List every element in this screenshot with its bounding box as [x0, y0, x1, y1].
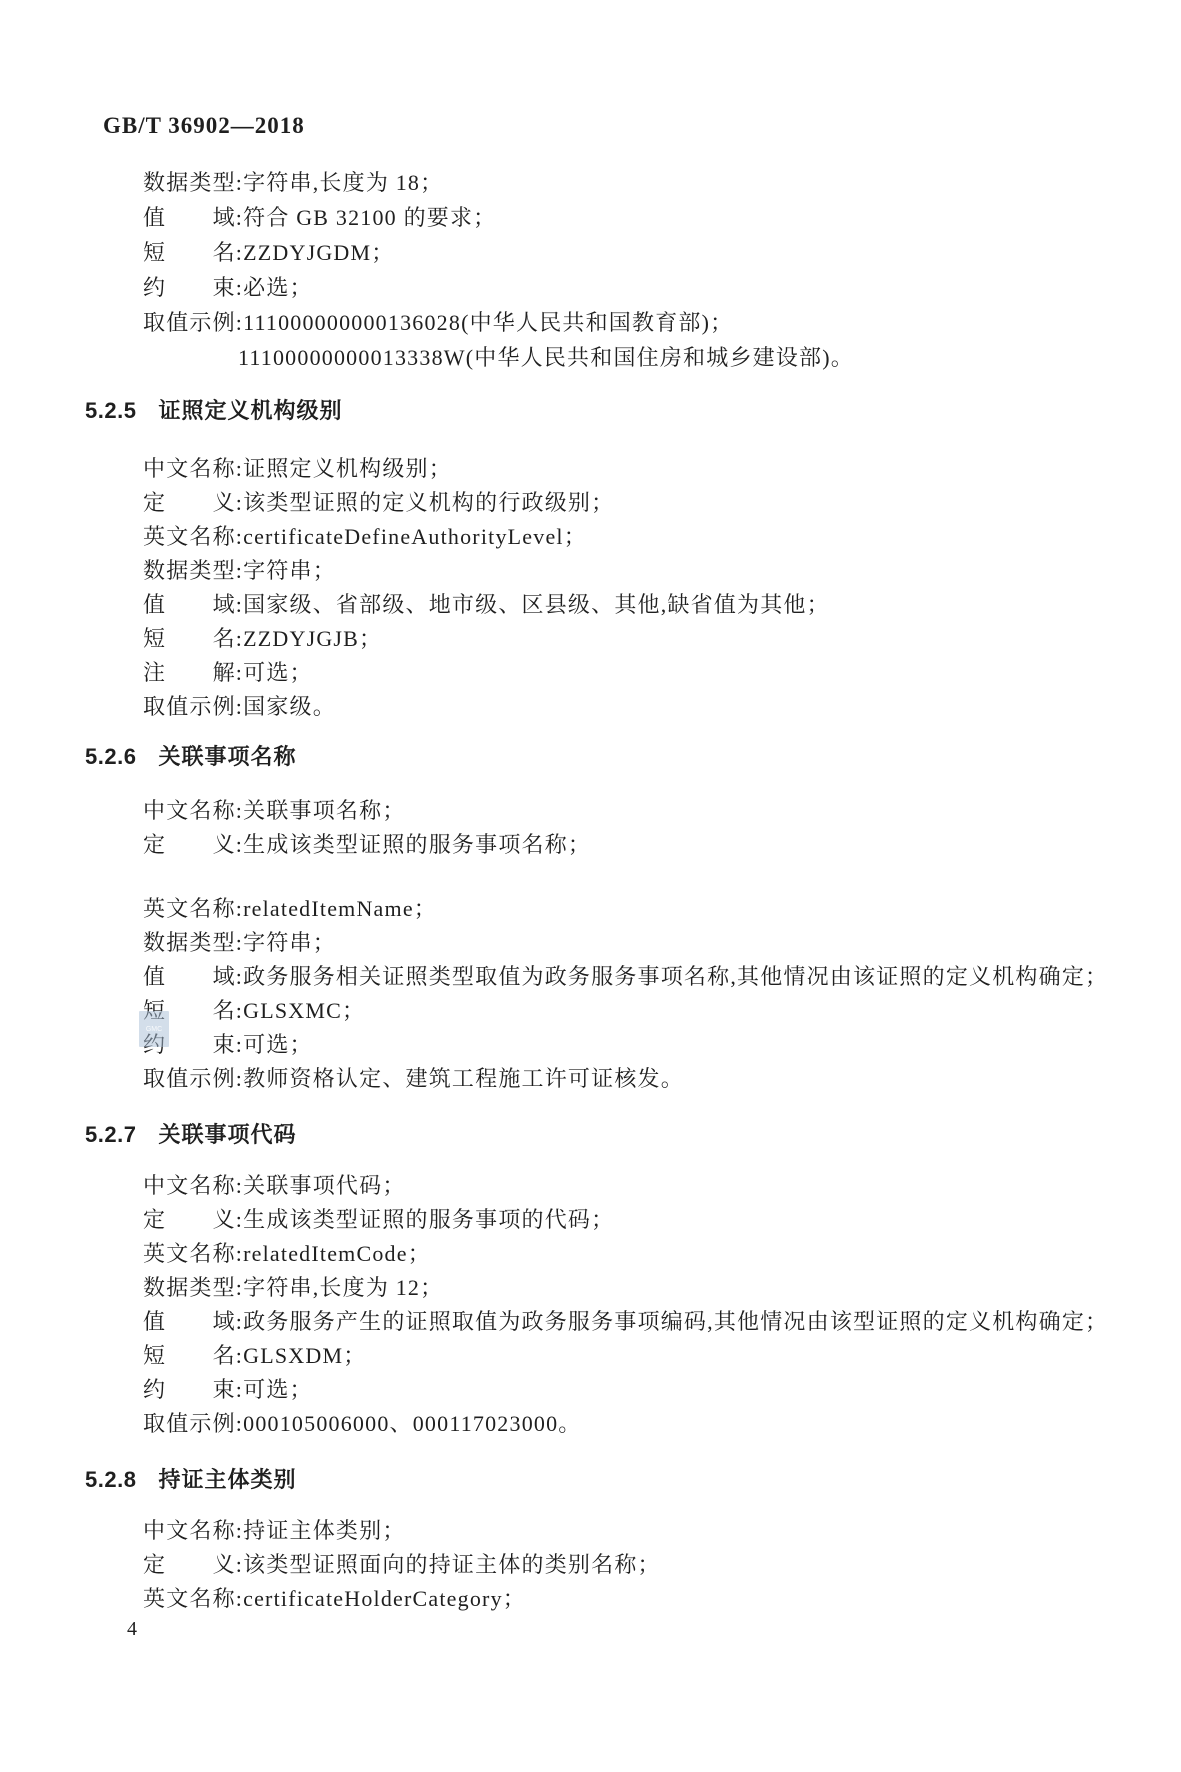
- section-number: 5.2.7: [85, 1122, 136, 1147]
- section-heading: 5.2.5证照定义机构级别: [85, 398, 342, 424]
- section-title: 持证主体类别: [158, 1467, 296, 1492]
- field-line: 取值示例:111000000000136028(中华人民共和国教育部)；: [143, 305, 854, 340]
- field-line: 值 域:国家级、省部级、地市级、区县级、其他,缺省值为其他；: [143, 588, 830, 622]
- field-line: 中文名称:持证主体类别；: [143, 1514, 661, 1548]
- field-line: 取值示例:国家级。: [143, 690, 830, 724]
- field-line: 英文名称:certificateHolderCategory；: [143, 1582, 661, 1616]
- section-body: 英文名称:relatedItemName； 数据类型:字符串； 值 域:政务服务…: [143, 892, 1108, 1096]
- field-line: 短 名:GLSXDM；: [143, 1339, 1108, 1373]
- field-line: 短 名:ZZDYJGDM；: [143, 235, 854, 270]
- section-number: 5.2.8: [85, 1467, 136, 1492]
- field-line: 英文名称:certificateDefineAuthorityLevel；: [143, 520, 830, 554]
- field-line: 英文名称:relatedItemName；: [143, 892, 1108, 926]
- field-line: 中文名称:关联事项代码；: [143, 1169, 1108, 1203]
- field-line: 中文名称:证照定义机构级别；: [143, 452, 830, 486]
- section-heading: 5.2.7关联事项代码: [85, 1122, 296, 1148]
- document-page: GB/T 36902—2018 数据类型:字符串,长度为 18； 值 域:符合 …: [0, 0, 1181, 1772]
- section-title: 关联事项代码: [158, 1122, 296, 1147]
- field-line: 值 域:政务服务产生的证照取值为政务服务事项编码,其他情况由该型证照的定义机构确…: [143, 1305, 1108, 1339]
- field-line: 数据类型:字符串；: [143, 926, 1108, 960]
- field-line: 注 解:可选；: [143, 656, 830, 690]
- field-line: 数据类型:字符串；: [143, 554, 830, 588]
- section-heading: 5.2.6关联事项名称: [85, 744, 296, 770]
- page-number: 4: [127, 1616, 137, 1642]
- field-line: 定 义:该类型证照的定义机构的行政级别；: [143, 486, 830, 520]
- field-line: 定 义:该类型证照面向的持证主体的类别名称；: [143, 1548, 661, 1582]
- field-line: 约 束:必选；: [143, 270, 854, 305]
- section-title: 关联事项名称: [158, 744, 296, 769]
- section-body: 中文名称:证照定义机构级别； 定 义:该类型证照的定义机构的行政级别； 英文名称…: [143, 452, 830, 724]
- section-number: 5.2.5: [85, 398, 136, 423]
- field-line-continuation: 11100000000013338W(中华人民共和国住房和城乡建设部)。: [143, 340, 854, 375]
- field-line: 短 名:GLSXMC；: [143, 994, 1108, 1028]
- field-line: 短 名:ZZDYJGJB；: [143, 622, 830, 656]
- field-line: 取值示例:000105006000、000117023000。: [143, 1407, 1108, 1441]
- standard-number: GB/T 36902—2018: [103, 112, 305, 140]
- selection-artifact: GMC: [139, 1011, 169, 1047]
- field-line: 数据类型:字符串,长度为 12；: [143, 1271, 1108, 1305]
- field-line: 值 域:政务服务相关证照类型取值为政务服务事项名称,其他情况由该证照的定义机构确…: [143, 960, 1108, 994]
- field-line: 取值示例:教师资格认定、建筑工程施工许可证核发。: [143, 1062, 1108, 1096]
- field-line: 定 义:生成该类型证照的服务事项的代码；: [143, 1203, 1108, 1237]
- field-line: 约 束:可选；: [143, 1373, 1108, 1407]
- section-body: 中文名称:关联事项名称； 定 义:生成该类型证照的服务事项名称；: [143, 794, 591, 862]
- field-line: 英文名称:relatedItemCode；: [143, 1237, 1108, 1271]
- section-number: 5.2.6: [85, 744, 136, 769]
- section-heading: 5.2.8持证主体类别: [85, 1467, 296, 1493]
- section-body: 中文名称:持证主体类别； 定 义:该类型证照面向的持证主体的类别名称； 英文名称…: [143, 1514, 661, 1616]
- section-title: 证照定义机构级别: [158, 398, 342, 423]
- clause-continuation-block: 数据类型:字符串,长度为 18； 值 域:符合 GB 32100 的要求； 短 …: [143, 165, 854, 375]
- section-body: 中文名称:关联事项代码； 定 义:生成该类型证照的服务事项的代码； 英文名称:r…: [143, 1169, 1108, 1441]
- field-line: 约 束:可选；: [143, 1028, 1108, 1062]
- field-line: 定 义:生成该类型证照的服务事项名称；: [143, 828, 591, 862]
- field-line: 值 域:符合 GB 32100 的要求；: [143, 200, 854, 235]
- field-line: 数据类型:字符串,长度为 18；: [143, 165, 854, 200]
- field-line: 中文名称:关联事项名称；: [143, 794, 591, 828]
